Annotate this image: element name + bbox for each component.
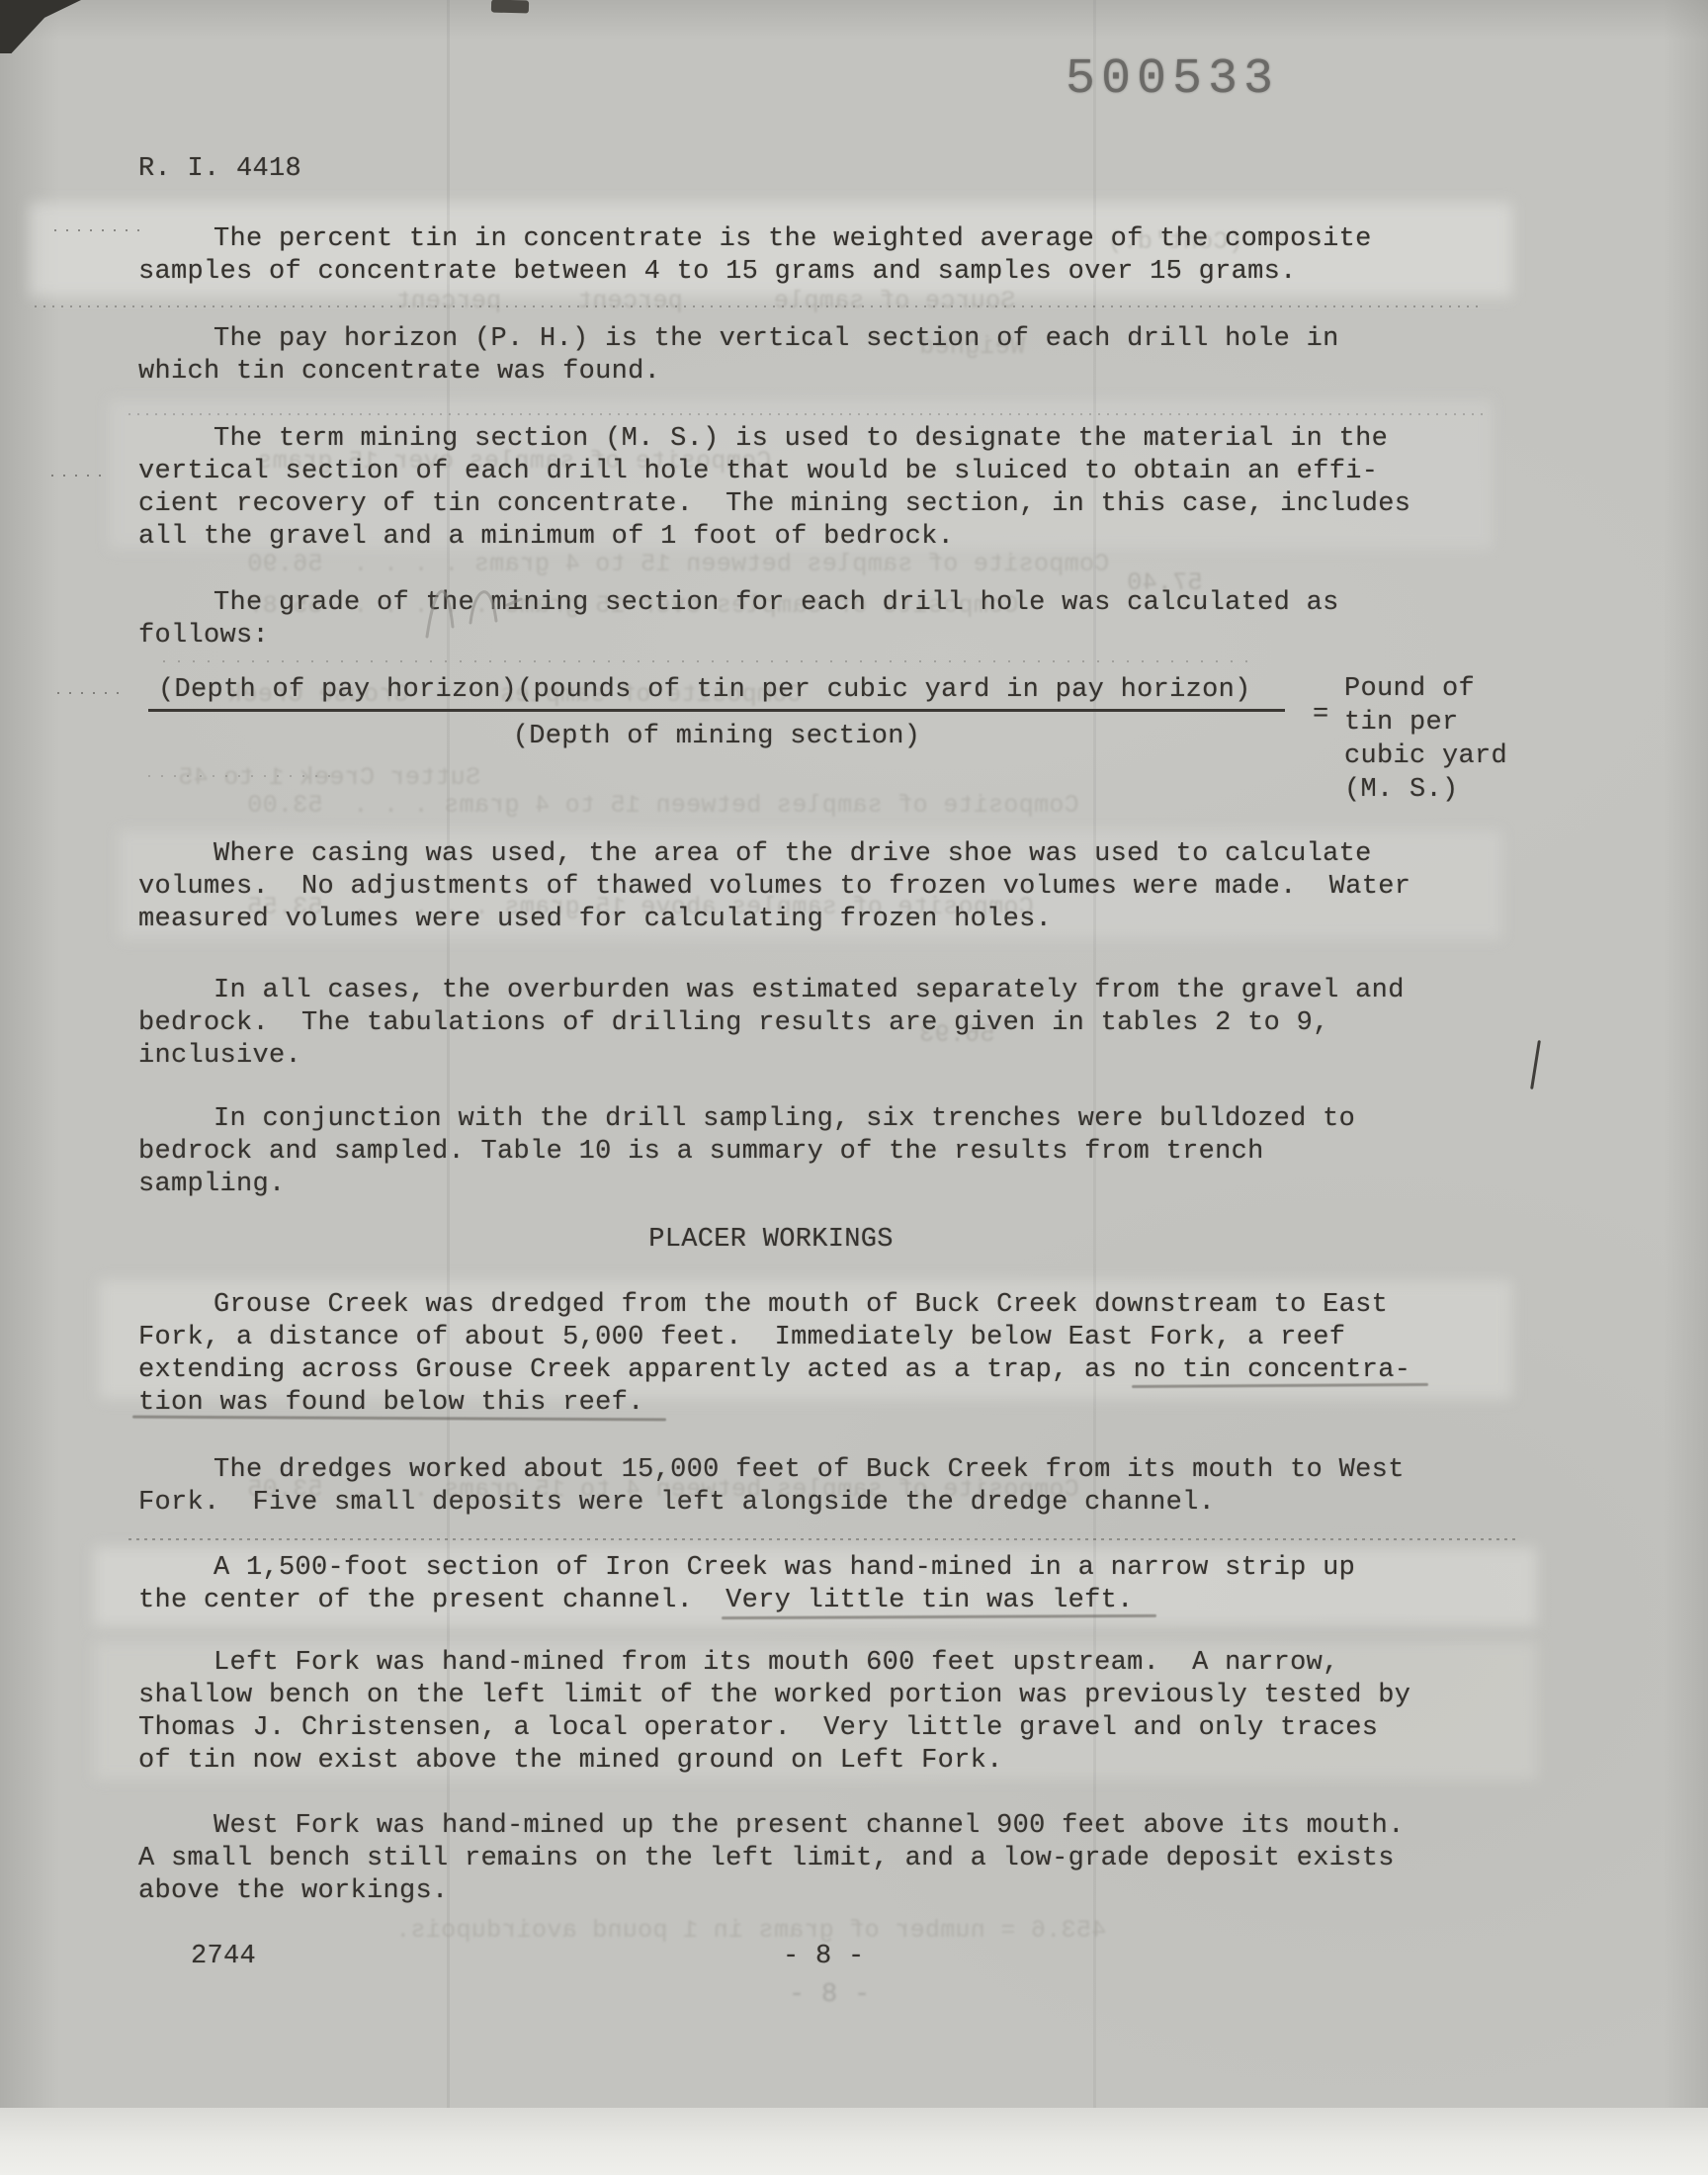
footer-page-number-echo: - 8 -: [789, 1979, 871, 2012]
text-line: The percent tin in concentrate is the we…: [138, 223, 1581, 256]
text-line: bedrock and sampled. Table 10 is a summa…: [138, 1136, 1581, 1169]
pencil-scribble: [413, 565, 542, 654]
text-line: Fork. Five small deposits were left alon…: [138, 1487, 1581, 1520]
formula-numerator: (Depth of pay horizon)(pounds of tin per…: [148, 674, 1285, 712]
bleed-through-text: 453.6 = number of grams in 1 pound avoir…: [395, 1916, 1106, 1945]
text-line: Thomas J. Christensen, a local operator.…: [138, 1712, 1581, 1745]
text-line: all the gravel and a minimum of 1 foot o…: [138, 521, 1581, 554]
text-line: A 1,500-foot section of Iron Creek was h…: [138, 1552, 1581, 1585]
bleed-through-text: Composite of samples between 15 to 4 gra…: [247, 791, 1079, 820]
text-line: the center of the present channel. Very …: [138, 1585, 1581, 1617]
text-line: A small bench still remains on the left …: [138, 1843, 1581, 1875]
paragraph-overburden: In all cases, the overburden was estimat…: [138, 975, 1581, 1073]
text-line: sampling.: [138, 1169, 1581, 1201]
text-line: Left Fork was hand-mined from its mouth …: [138, 1647, 1581, 1680]
pencil-dotted-rule: [163, 660, 1250, 662]
bleed-through-text: Sutter Creek 1 to 45: [178, 763, 480, 792]
text-line: Pound of: [1344, 672, 1507, 706]
scan-corner-shadow: [0, 0, 81, 53]
bleed-through-text: Source of sample percent percent: [395, 287, 1015, 315]
paragraph-mining-section: The term mining section (M. S.) is used …: [138, 423, 1581, 554]
paragraph-percent-tin: The percent tin in concentrate is the we…: [138, 223, 1581, 289]
pencil-dot-cluster: [51, 475, 111, 477]
text-line: In conjunction with the drill sampling, …: [138, 1103, 1581, 1136]
paragraph-iron-creek: A 1,500-foot section of Iron Creek was h…: [138, 1552, 1581, 1617]
text-line: The pay horizon (P. H.) is the vertical …: [138, 323, 1581, 356]
scan-edge-mark: [491, 0, 529, 13]
text-line: shallow bench on the left limit of the w…: [138, 1680, 1581, 1712]
pencil-dotted-rule: [128, 413, 1483, 415]
section-heading-placer-workings: PLACER WORKINGS: [138, 1224, 1404, 1257]
pencil-dot-cluster: [57, 692, 128, 694]
pencil-dotted-rule: [128, 1538, 1517, 1540]
text-line: West Fork was hand-mined up the present …: [138, 1810, 1581, 1843]
page-bottom-edge: [0, 2108, 1708, 2175]
text-line: of tin now exist above the mined ground …: [138, 1745, 1581, 1778]
text-line: Grouse Creek was dredged from the mouth …: [138, 1289, 1581, 1322]
paragraph-trench-sampling: In conjunction with the drill sampling, …: [138, 1103, 1581, 1201]
text-line: follows:: [138, 620, 1581, 652]
text-line: inclusive.: [138, 1040, 1581, 1073]
text-line: tion was found below this reef.: [138, 1387, 1581, 1420]
scanned-document-page: { "header": { "report_number": "R. I. 44…: [0, 0, 1708, 2175]
paragraph-buck-creek-dredges: The dredges worked about 15,000 feet of …: [138, 1454, 1581, 1520]
text-line: above the workings.: [138, 1875, 1581, 1908]
accession-stamp-number: 500533: [1066, 51, 1279, 108]
paragraph-left-fork: Left Fork was hand-mined from its mouth …: [138, 1647, 1581, 1778]
text-line: samples of concentrate between 4 to 15 g…: [138, 256, 1581, 289]
text-line: bedrock. The tabulations of drilling res…: [138, 1007, 1581, 1040]
formula-result: Pound of tin per cubic yard (M. S.): [1344, 672, 1507, 807]
paragraph-grouse-creek: Grouse Creek was dredged from the mouth …: [138, 1289, 1581, 1420]
bleed-through-text: Composite of samples between 15 to 4 gra…: [247, 550, 1109, 578]
text-line: The term mining section (M. S.) is used …: [138, 423, 1581, 456]
footer-page-number: - 8 -: [783, 1941, 865, 1973]
text-line: cubic yard: [1344, 739, 1507, 773]
text-line: measured volumes were used for calculati…: [138, 904, 1581, 936]
text-line: Where casing was used, the area of the d…: [138, 838, 1581, 871]
paragraph-grade-calculated: The grade of the mining section for each…: [138, 587, 1581, 652]
footer-doc-number: 2744: [191, 1941, 256, 1973]
paragraph-west-fork: West Fork was hand-mined up the present …: [138, 1810, 1581, 1908]
text-line: volumes. No adjustments of thawed volume…: [138, 871, 1581, 904]
pencil-dot-cluster: [54, 229, 148, 231]
text-line: In all cases, the overburden was estimat…: [138, 975, 1581, 1007]
text-line: (M. S.): [1344, 773, 1507, 807]
formula-denominator: (Depth of mining section): [148, 721, 1285, 753]
text-line: vertical section of each drill hole that…: [138, 456, 1581, 488]
paragraph-casing-volumes: Where casing was used, the area of the d…: [138, 838, 1581, 936]
text-line: cient recovery of tin concentrate. The m…: [138, 488, 1581, 521]
text-line: Fork, a distance of about 5,000 feet. Im…: [138, 1322, 1581, 1354]
text-line: which tin concentrate was found.: [138, 356, 1581, 389]
paragraph-pay-horizon: The pay horizon (P. H.) is the vertical …: [138, 323, 1581, 389]
equals-sign: =: [1313, 699, 1329, 732]
text-line: tin per: [1344, 706, 1507, 739]
text-line: The dredges worked about 15,000 feet of …: [138, 1454, 1581, 1487]
report-number: R. I. 4418: [138, 153, 301, 186]
text-line: extending across Grouse Creek apparently…: [138, 1354, 1581, 1387]
text-line: The grade of the mining section for each…: [138, 587, 1581, 620]
